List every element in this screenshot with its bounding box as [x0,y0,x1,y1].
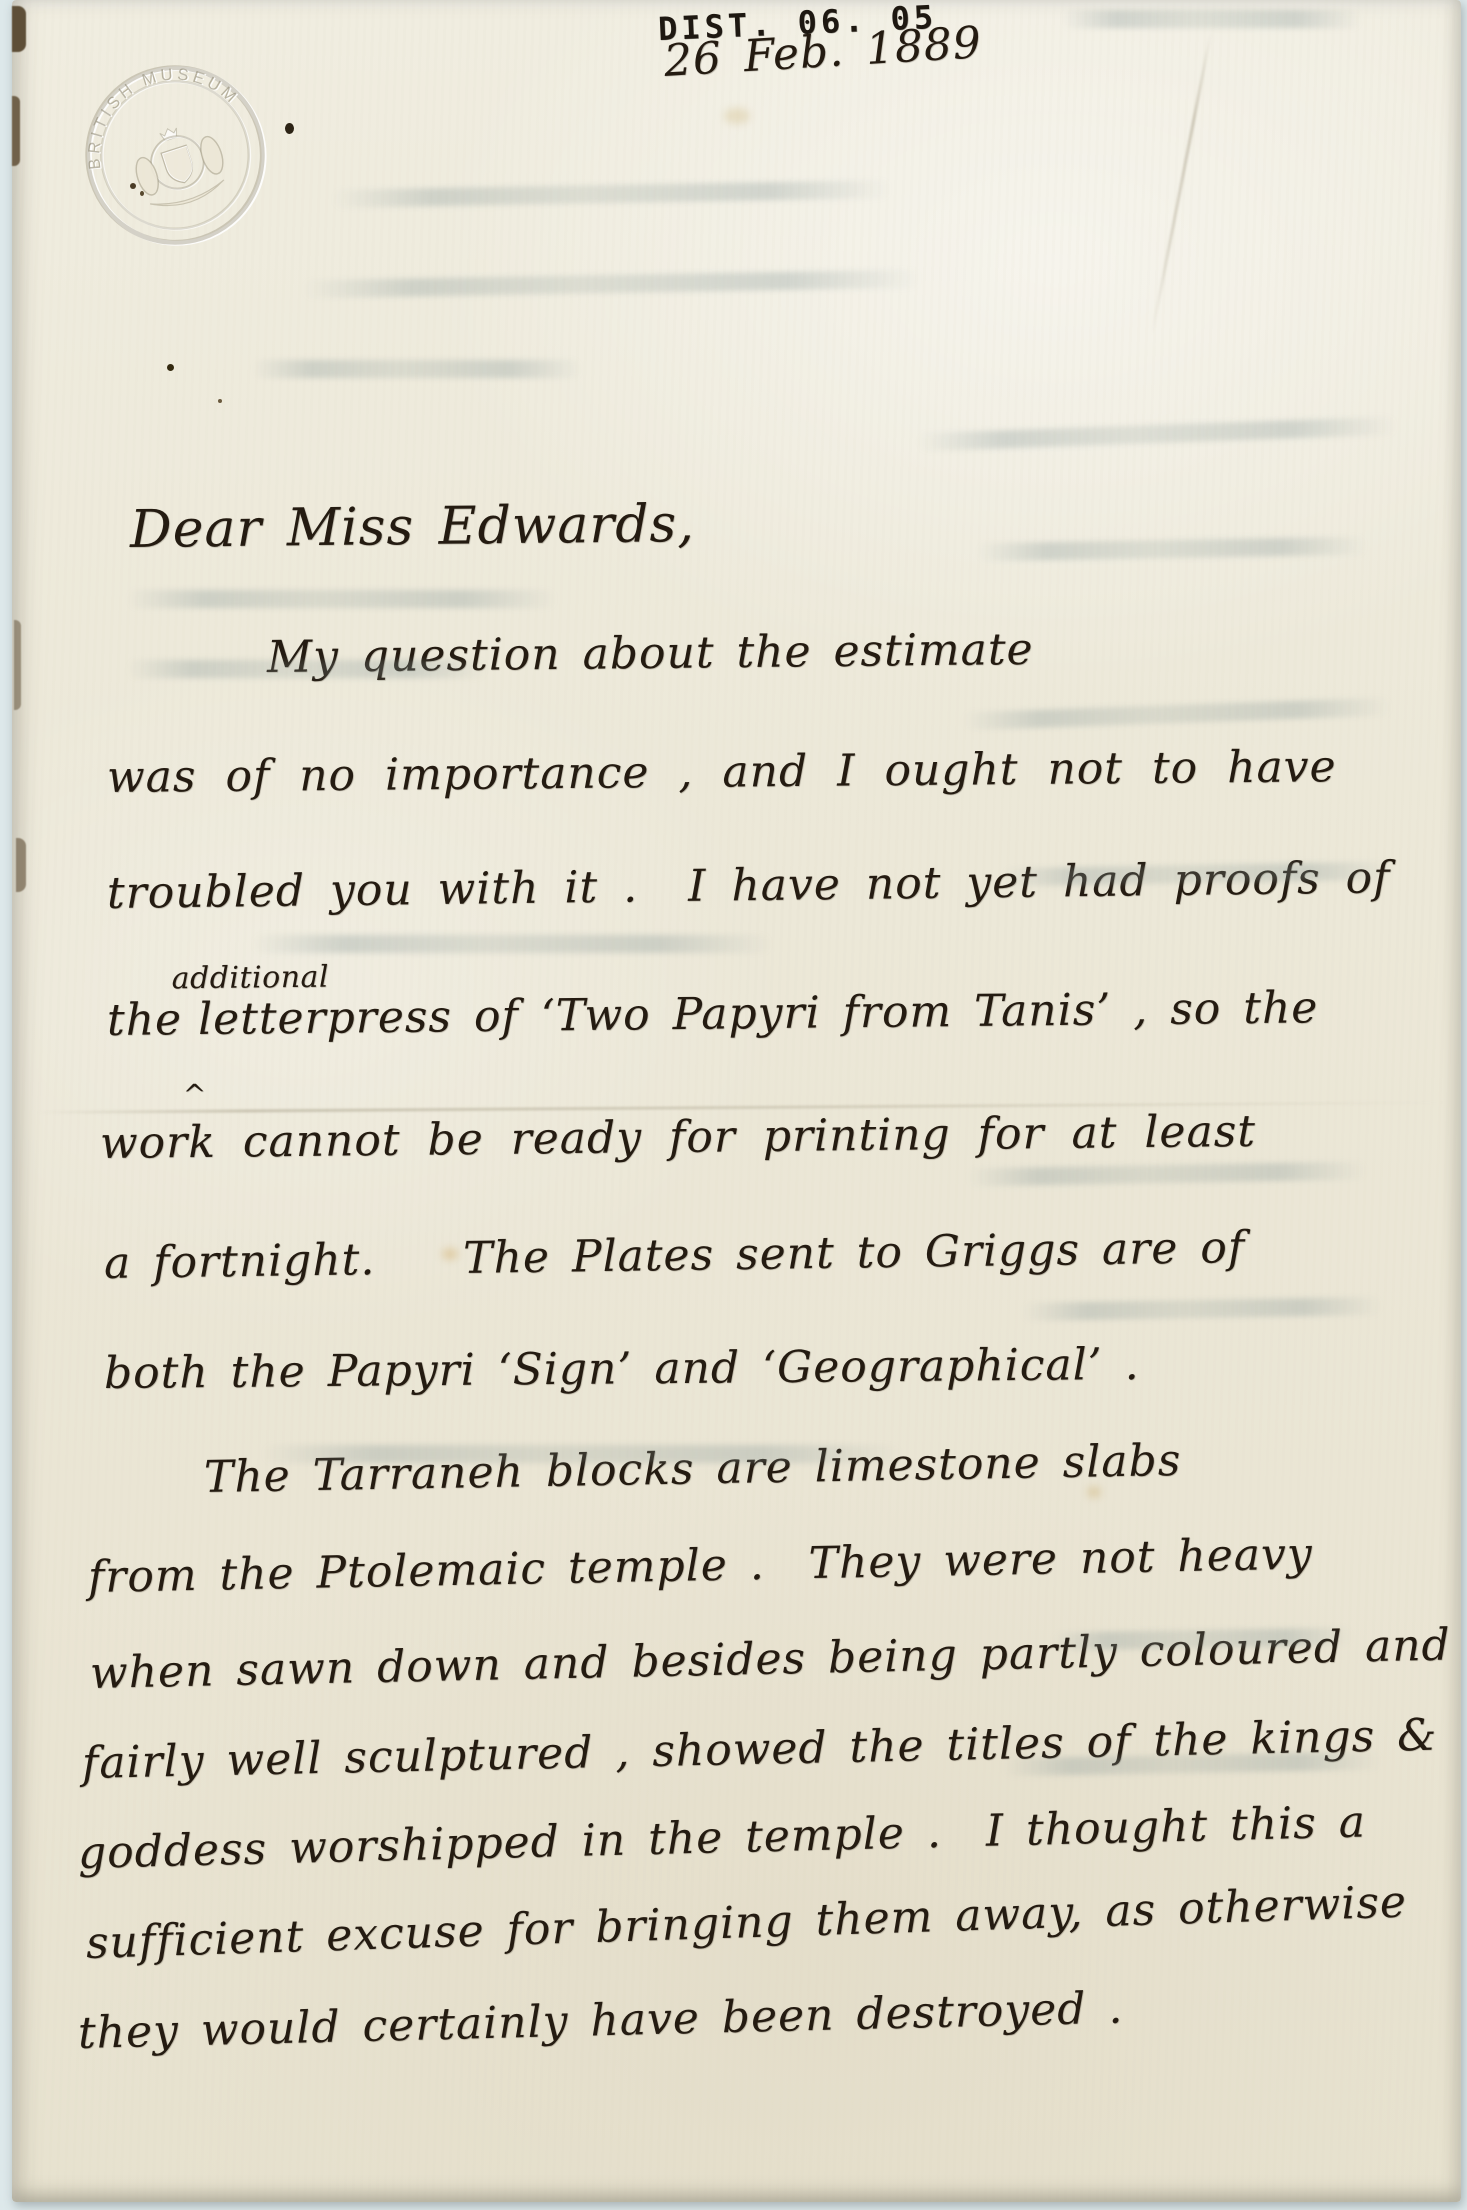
show-through-smudge [302,270,922,299]
letter-line-3: troubled you with it . I have not yet ha… [107,852,1391,919]
show-through-smudge [262,1445,902,1463]
show-through-smudge [127,590,557,608]
show-through-smudge [332,180,892,208]
show-through-smudge [1022,1297,1382,1321]
show-through-smudge [1062,10,1362,28]
show-through-smudge [252,360,582,378]
show-through-smudge [977,537,1367,562]
letter-paper: BRITISH MUSEUM BRITISH MUSEUM [12,0,1461,2202]
british-museum-embossed-seal: BRITISH MUSEUM BRITISH MUSEUM [78,58,272,252]
paper-stain [724,108,750,124]
paper-crease [1150,31,1212,336]
letter-line-14: they would certainly have been destroyed… [77,1982,1124,2059]
seal-coat-of-arms [126,115,233,215]
insertion-caret: ^ [183,1078,208,1111]
paper-speck [130,183,136,189]
paper-stain [1087,1486,1101,1498]
inserted-word-additional: additional [171,960,329,997]
paper-speck [285,123,294,134]
letter-line-2: was of no importance , and I ought not t… [107,741,1337,803]
letter-line-11: fairly well sculptured , showed the titl… [81,1710,1437,1789]
show-through-smudge [127,660,487,678]
paper-stain [442,1248,458,1260]
letter-line-12: goddess worshipped in the temple . I tho… [77,1797,1366,1879]
scanned-letter-page: { "page": { "kind": "handwritten letter … [0,0,1467,2210]
edge-nick [16,838,26,892]
show-through-smudge [252,935,772,953]
paper-speck [218,399,222,403]
show-through-smudge [917,417,1397,452]
edge-nick [12,6,26,52]
letter-line-6: a fortnight. The Plates sent to Griggs a… [104,1222,1246,1289]
line-4-pre: the [107,994,183,1046]
letter-line-9: from the Ptolemaic temple . They were no… [88,1528,1314,1603]
salutation: Dear Miss Edwards, [130,494,695,560]
letter-line-4: theadditional^letterpress of ‘Two Papyri… [107,982,1319,1046]
edge-nick [14,620,21,710]
paper-speck [167,364,174,371]
show-through-smudge [962,698,1392,731]
letter-line-13: sufficient excuse for bringing them away… [85,1877,1407,1969]
show-through-smudge [967,1162,1367,1187]
paper-speck [140,191,144,196]
edge-nick [12,96,20,166]
letter-line-5: work cannot be ready for printing for at… [100,1106,1256,1169]
letter-line-7: both the Papyri ‘Sign’ and ‘Geographical… [104,1339,1140,1399]
line-4-post: letterpress of ‘Two Papyri from Tanis’ ,… [198,982,1319,1045]
seal-graphic: BRITISH MUSEUM BRITISH MUSEUM [78,58,272,252]
